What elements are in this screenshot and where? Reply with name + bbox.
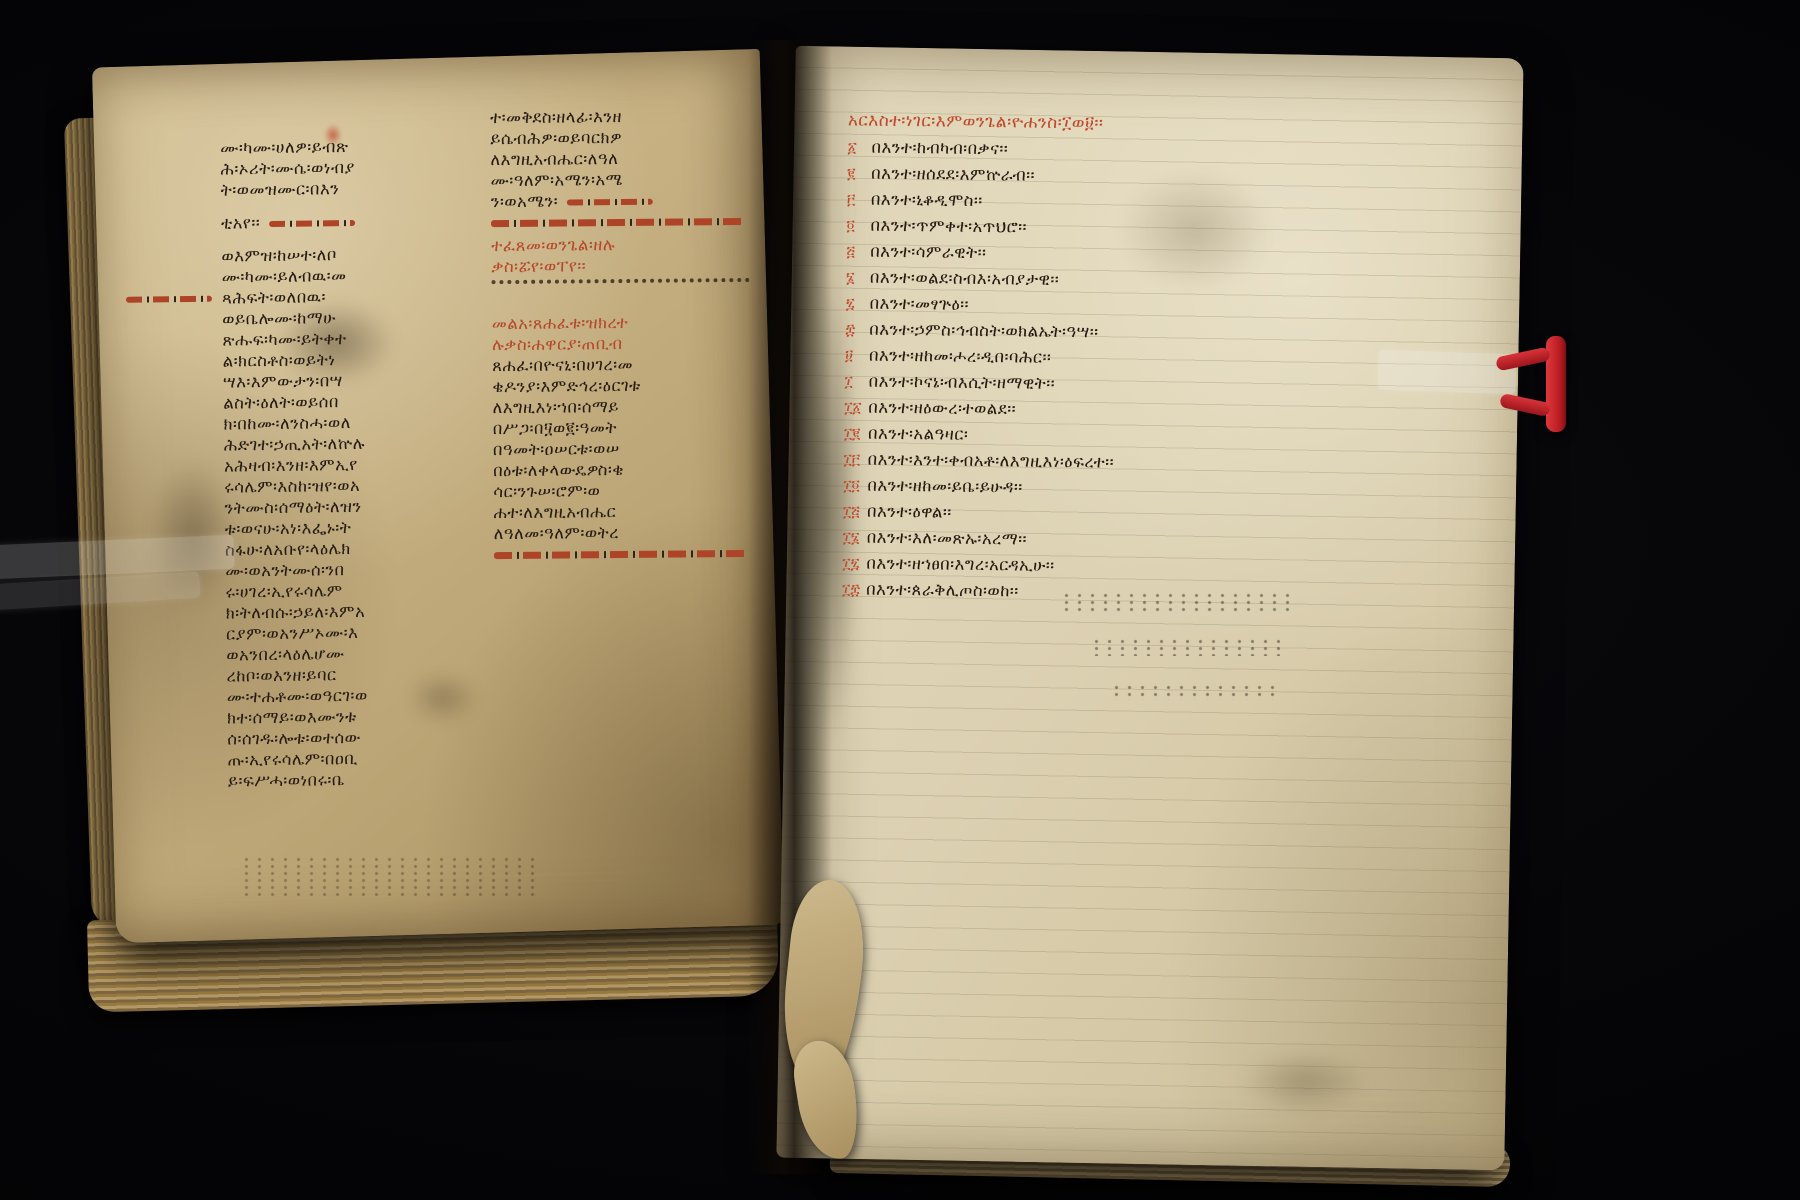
rubric-line: ቃስ፡ፚየ፡ወፐየ፡፡ <box>491 254 749 284</box>
line-text: ጽሑፍ፡ካሙ፡ይትቀተ <box>222 329 346 350</box>
line-text: ሙ፡ካሙ፡ሀለዎ፡ይብጽ <box>220 137 349 158</box>
chapter-title: በእንተ፡ኮናኔ፡ብእሲት፡ዘማዊት፡፡ <box>869 369 1056 396</box>
chapter-number: ፬ <box>846 213 870 238</box>
line-text: ለእግዚእነ፡ኀበ፡ሰማይ <box>493 397 620 417</box>
chapter-number: ፲፪ <box>844 421 868 446</box>
ink-speckles <box>1110 684 1280 700</box>
chapter-title: በእንተ፡እንተ፡ቀብአቶ፡ለእግዚእነ፡ዕፍረተ፡፡ <box>868 447 1115 475</box>
manuscript-line: በዕቱ፡ለቀላውዴዎስ፡ቄ <box>493 458 761 481</box>
ink-speckles <box>240 856 540 896</box>
red-bookmark-clip[interactable] <box>1492 332 1576 438</box>
line-text: ክ፡ትለብሱ፡ኃይለ፡እምአ <box>226 602 366 623</box>
chapter-number: ፫ <box>847 187 871 212</box>
line-text: ይሴብሕዎ፡ወይባርክዎ <box>490 128 622 148</box>
chapter-number: ፲፯ <box>842 551 866 576</box>
manuscript-line: ቄዶንያ፡እምድኅረ፡ዕርገቱ <box>492 374 760 397</box>
line-text: ሳር፡ንጉሠ፡ሮም፡ወ <box>493 481 600 501</box>
chapter-item: ፲፰በእንተ፡ጰራቅሊጦስ፡ወከ፡፡ <box>842 576 1282 607</box>
line-text: ሙ፡ተሐቶሙ፡ወዓርገ፡ወ <box>227 686 368 707</box>
manuscript-line: በዓመት፡ዐሠርቱ፡ወሠ <box>493 437 761 460</box>
manuscript-line: በሥጋ፡በ፶ወ፪፡ዓመት <box>493 416 761 439</box>
line-text: ቲአየ፡፡ <box>221 213 260 232</box>
rubric-line: ሉቃስ፡ሐዋርያ፡ጠቢብ <box>492 332 760 355</box>
line-text: ስፋሁ፡ለአቡየ፡ላዕሌክ <box>225 539 351 560</box>
line-text: ለእግዚአብሔር፡ለዓለ <box>490 149 618 169</box>
chapter-title: በእንተ፡ኃምስ፡ኅብስት፡ወክልኤት፡ዓሣ፡፡ <box>869 317 1099 345</box>
line-text: ሕድገተ፡ኃጢአት፡ለኵሉ <box>224 434 365 455</box>
line-text: አሕዛብ፡እንዘ፡እምኢየ <box>224 455 358 476</box>
chapter-list: ፩በእንተ፡ከብካብ፡በቃና፡፡፪በእንተ፡ዘሰደደ፡እምኵራብ፡፡፫በእንተ፡… <box>842 134 1288 607</box>
line-text: ሙ፡ወአንትሙሰ፡ንበ <box>225 560 345 580</box>
line-text: ረከቦ፡ወእንዘ፡ይባር <box>226 665 336 685</box>
line-text: ክ፡በከሙ፡ለንስሓ፡ወለ <box>223 413 351 434</box>
ink-speckles <box>1090 638 1280 656</box>
chapter-title: በእንተ፡ዘኀፀበ፡እግረ፡አርዳኢሁ፡፡ <box>866 551 1054 578</box>
line-text: ተፈጸመ፡ወንጌል፡ዘሉ <box>491 235 615 255</box>
ornament-band <box>126 296 212 303</box>
manuscript-line: ን፡ወአሜን፡ <box>491 189 759 212</box>
line-text: ት፡ወመዝሙር፡በእን <box>221 179 340 199</box>
line-text: ሙ፡ካሙ፡ይለብዉ፡መ <box>222 266 347 287</box>
line-text: ወእምዝ፡ከሠተ፡ለቦ <box>221 245 337 265</box>
chapter-title: በእንተ፡ዕዋል፡፡ <box>867 499 952 525</box>
line-text: ን፡ወአሜን፡ <box>491 192 558 212</box>
left-column-2: ተ፡መቅደስ፡ዘላፊ፡እንዘይሴብሕዎ፡ወይባርክዎለእግዚአብሔር፡ለዓለሙ፡… <box>490 105 762 567</box>
ornament-band <box>269 219 355 226</box>
chapter-number: ፲፬ <box>843 473 867 498</box>
ornament-divider <box>491 218 743 227</box>
line-text: ሉቃስ፡ሐዋርያ፡ጠቢብ <box>492 334 623 354</box>
chapter-title: በእንተ፡ዘከመ፡ይቤ፡ይሁዳ፡፡ <box>867 473 1023 500</box>
manuscript-line: ት፡ወመዝሙር፡በእን <box>221 176 479 200</box>
line-text: ሣእ፡እምውታን፡በሣ <box>223 371 343 391</box>
chapter-number: ፲፭ <box>843 499 867 524</box>
chapter-title: በእንተ፡ሳምራዊት፡፡ <box>870 239 986 265</box>
line-text: ቄዶንያ፡እምድኅረ፡ዕርገቱ <box>492 376 640 396</box>
red-clip-prong <box>1499 393 1551 417</box>
chapter-title: በእንተ፡ዘከመ፡ሖረ፡ዲበ፡ባሕር፡፡ <box>869 343 1052 370</box>
chapter-title: በእንተ፡ኒቆዲሞስ፡፡ <box>871 187 983 213</box>
manuscript-line: ሐተ፡ለእግዚአብሔር <box>493 500 761 523</box>
line-text: ሕ፡ኦሪት፡ሙሴ፡ወነብያ <box>220 158 355 179</box>
chapter-title: በእንተ፡ከብካብ፡በቃና፡፡ <box>871 135 1008 162</box>
manuscript-line: ይ፡ፍሥሓ፡ወነበሩ፡ቤ <box>228 767 486 791</box>
line-text: ሩ፡ሀገረ፡ኢየሩሳሌም <box>225 581 342 601</box>
line-text: ሰ፡ሰገዱ፡ሎቱ፡ወተሰው <box>227 728 361 749</box>
chapter-number: ፲፮ <box>843 525 867 550</box>
manuscript-line: ሙ፡ዓለም፡አሜን፡አሜ <box>491 168 759 191</box>
chapter-title: በእንተ፡አልዓዛር፡ <box>868 421 969 447</box>
chapter-number: ፲፫ <box>844 447 868 472</box>
line-text: ቱ፡ወናሁ፡አነ፡እፌኑ፡ት <box>225 518 352 539</box>
line-text: ሩሳሌም፡እስከ፡ዝየ፡ወአ <box>224 476 360 497</box>
chapter-title: በእንተ፡እለ፡መጽኡ፡አረማ፡፡ <box>867 525 1027 552</box>
chapter-title: በእንተ፡መፃጕዕ፡፡ <box>869 291 969 317</box>
chapter-title: በእንተ፡ወልደ፡ስብእ፡አብያታዊ፡፡ <box>870 265 1060 292</box>
line-text: ንትሙስ፡ሰማዕት፡ለዝን <box>224 497 361 518</box>
line-text: መልአ፡ጸሐፈቱ፡ዝክረተ <box>492 313 629 333</box>
chapter-number: ፲ <box>845 369 869 394</box>
line-text: ጡ፡ኢየሩሳሌም፡በዐቢ <box>228 749 358 770</box>
line-text: በሥጋ፡በ፶ወ፪፡ዓመት <box>493 418 617 438</box>
manuscript-line: ሳር፡ንጉሠ፡ሮም፡ወ <box>493 479 761 502</box>
chapter-number: ፮ <box>846 265 870 290</box>
line-text: ቃስ፡ፚየ፡ወፐየ፡፡ <box>491 256 586 276</box>
manuscript-line: ተ፡መቅደስ፡ዘላፊ፡እንዘ <box>490 105 758 128</box>
line-text: በዓመት፡ዐሠርቱ፡ወሠ <box>493 439 620 459</box>
chapter-number: ፩ <box>847 135 871 160</box>
chapter-title: በእንተ፡ዘዕውረ፡ተወልደ፡፡ <box>868 395 1016 422</box>
line-text: ልስት፡ዕለት፡ወይሰበ <box>223 392 339 412</box>
rubric-line: መልአ፡ጸሐፈቱ፡ዝክረተ <box>492 311 760 334</box>
manuscript-photo-scene: ሙ፡ካሙ፡ሀለዎ፡ይብጽሕ፡ኦሪት፡ሙሴ፡ወነብያት፡ወመዝሙር፡በእንቲአየ፡… <box>0 0 1800 1200</box>
ornament-divider <box>494 550 746 559</box>
chapter-number: ፭ <box>846 239 870 264</box>
manuscript-line: ለእግዚእነ፡ኀበ፡ሰማይ <box>493 395 761 418</box>
line-text: ል፡ክርስቶስ፡ወይትነ <box>223 350 336 370</box>
rubric-line: ተፈጸመ፡ወንጌል፡ዘሉ <box>491 233 759 256</box>
line-text: ይ፡ፍሥሓ፡ወነበሩ፡ቤ <box>228 770 345 790</box>
manuscript-line: ቲአየ፡፡ <box>221 209 479 233</box>
red-clip-bar <box>1546 336 1566 432</box>
line-text: ለዓለመ፡ዓለም፡ወትረ <box>494 523 619 543</box>
line-text: ወይቤሎሙ፡ከማሁ <box>222 308 336 328</box>
chapter-title: በእንተ፡ጥምቀተ፡አጥህሮ፡፡ <box>870 213 1027 240</box>
chapter-number: ፲፩ <box>844 395 868 420</box>
manuscript-line: ለእግዚአብሔር፡ለዓለ <box>490 147 758 170</box>
line-text: ወአንበረ፡ላዕሌሆሙ <box>226 644 344 664</box>
chapter-title: በእንተ፡ዘሰደደ፡እምኵራብ፡፡ <box>871 161 1035 188</box>
line-text: ጸሐፈ፡በዮናኒ፡በሀገረ፡መ <box>492 355 633 375</box>
line-text: ክተ፡ሰማይ፡ወእሙንቱ <box>227 707 357 728</box>
chapter-number: ፯ <box>845 291 869 316</box>
line-text: ተ፡መቅደስ፡ዘላፊ፡እንዘ <box>490 107 622 127</box>
parchment-stain <box>1240 1050 1370 1114</box>
ornament-band <box>567 198 653 205</box>
chapter-title: በእንተ፡ጰራቅሊጦስ፡ወከ፡፡ <box>866 577 1019 604</box>
line-text: ጻሕፍት፡ወለበዉ፡ <box>222 287 326 307</box>
line-text: ርያም፡ወአንሥኦሙ፡እ <box>226 623 358 644</box>
chapter-number: ፰ <box>845 317 869 342</box>
chapter-number: ፱ <box>845 343 869 368</box>
left-column-1: ሙ፡ካሙ፡ሀለዎ፡ይብጽሕ፡ኦሪት፡ሙሴ፡ወነብያት፡ወመዝሙር፡በእንቲአየ፡… <box>220 134 486 791</box>
red-clip-prong <box>1495 347 1551 372</box>
line-text: ሙ፡ዓለም፡አሜን፡አሜ <box>491 170 623 190</box>
manuscript-line: ለዓለመ፡ዓለም፡ወትረ <box>494 521 762 544</box>
chapter-number: ፲፰ <box>842 577 866 602</box>
right-page-content: አርእስተ፡ነገር፡እምወንጌል፡ዮሐንስ፡፲ወ፱፡፡ ፩በእንተ፡ከብካብ፡በ… <box>842 107 1288 607</box>
line-text: ሐተ፡ለእግዚአብሔር <box>493 502 616 522</box>
line-text: በዕቱ፡ለቀላውዴዎስ፡ቄ <box>493 460 624 480</box>
chapter-number: ፪ <box>847 161 871 186</box>
manuscript-line: ጸሐፈ፡በዮናኒ፡በሀገረ፡መ <box>492 353 760 376</box>
manuscript-line: ይሴብሕዎ፡ወይባርክዎ <box>490 126 758 149</box>
